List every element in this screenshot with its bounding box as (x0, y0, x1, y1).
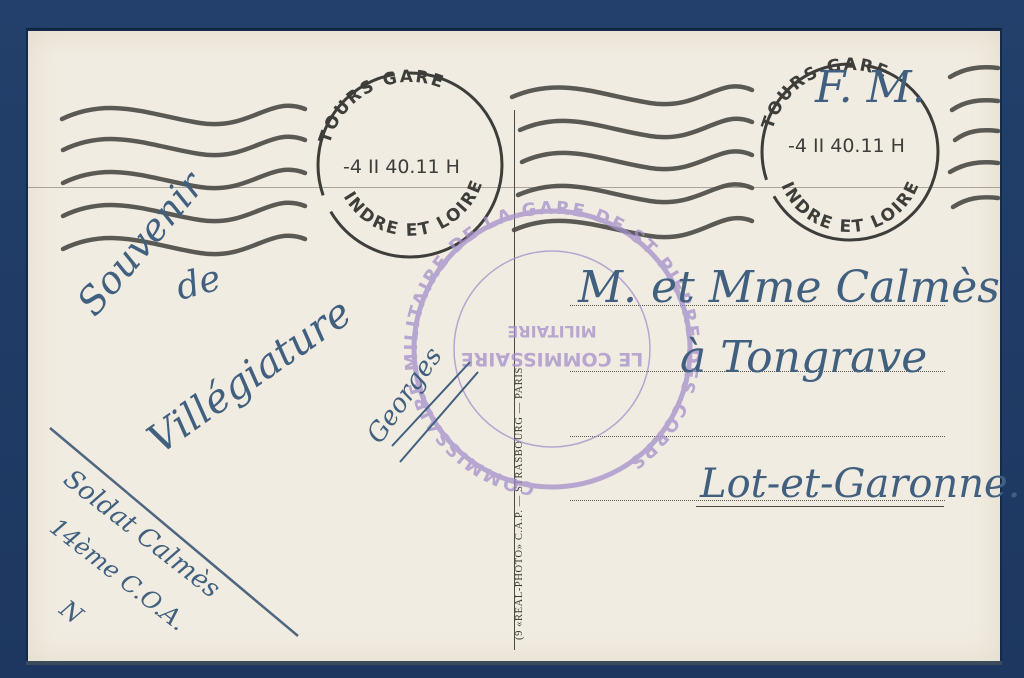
cancel-waves-right (950, 67, 998, 207)
sender-line-3: N (54, 594, 89, 630)
address-line-4-text: Lot-et-Garonne. (699, 461, 1020, 507)
military-cachet: COMMISSAIRE MILITAIRE DE LA GARE DE ST P… (401, 198, 704, 499)
address-line-2-text: à Tongrave (680, 332, 927, 383)
svg-text:-4 II 40.11 H: -4 II 40.11 H (788, 135, 905, 157)
svg-text:-4 II 40.11 H: -4 II 40.11 H (343, 156, 460, 178)
svg-text:TOURS GARE: TOURS GARE (315, 67, 447, 146)
svg-text:MILITAIRE: MILITAIRE (507, 322, 596, 341)
markings-layer: TOURS GARE INDRE ET LOIRE -4 II 40.11 H … (0, 0, 1024, 678)
svg-text:LE COMMISSAIRE: LE COMMISSAIRE (461, 348, 644, 370)
message-line-3: Villégiature (139, 290, 360, 464)
message-line-2: de (172, 258, 225, 309)
svg-text:INDRE ET LOIRE: INDRE ET LOIRE (777, 177, 925, 237)
franchise-mark: F. M. (814, 62, 926, 113)
address-line-1-text: M. et Mme Calmès (577, 262, 1000, 313)
